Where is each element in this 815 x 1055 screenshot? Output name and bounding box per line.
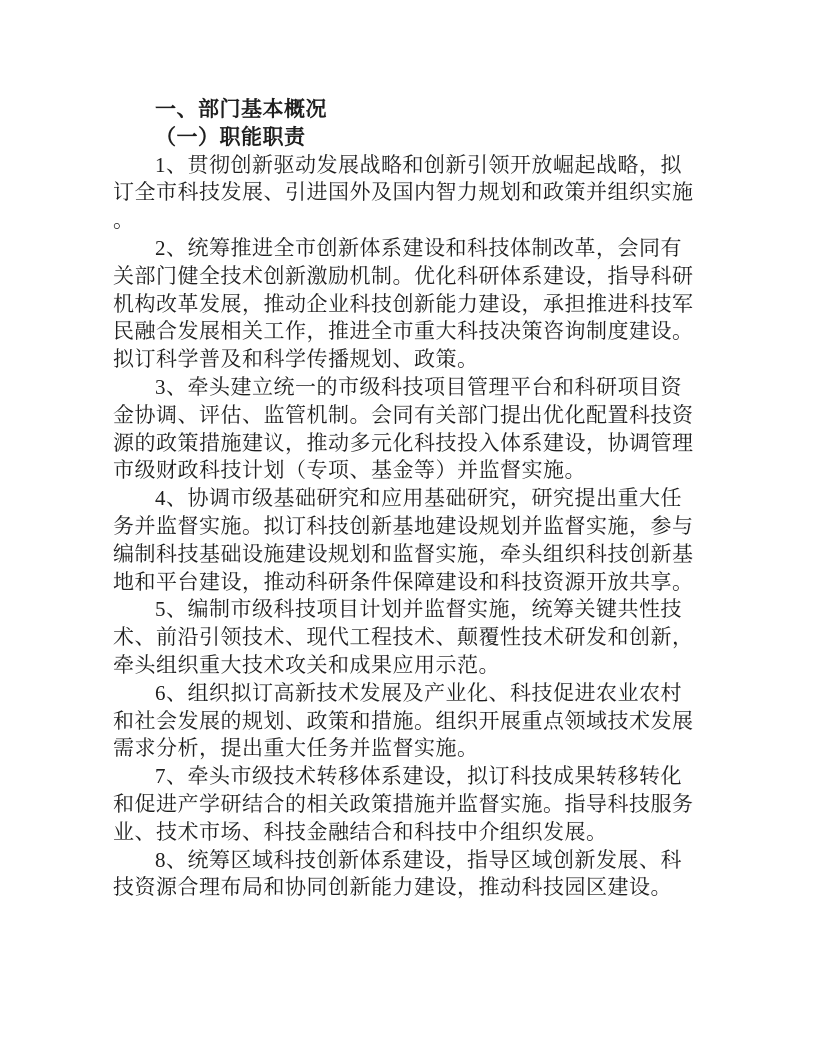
text-line: 4、协调市级基础研究和应用基础研究，研究提出重大任 bbox=[113, 485, 698, 513]
document-page: 一、部门基本概况 （一）职能职责 1、贯彻创新驱动发展战略和创新引领开放崛起战略… bbox=[0, 0, 815, 1055]
text-line: 务并监督实施。拟订科技创新基地建设规划并监督实施，参与 bbox=[113, 513, 698, 541]
text-line: 市级财政科技计划（专项、基金等）并监督实施。 bbox=[113, 457, 698, 485]
text-line: 需求分析，提出重大任务并监督实施。 bbox=[113, 735, 698, 763]
text-line: 8、统筹区域科技创新体系建设，指导区域创新发展、科 bbox=[113, 847, 698, 875]
paragraph-3: 3、牵头建立统一的市级科技项目管理平台和科研项目资金协调、评估、监管机制。会同有… bbox=[113, 374, 698, 485]
text-line: 技资源合理布局和协同创新能力建设，推动科技园区建设。 bbox=[113, 874, 698, 902]
text-line: 地和平台建设，推动科研条件保障建设和科技资源开放共享。 bbox=[113, 569, 698, 597]
document-content: 一、部门基本概况 （一）职能职责 1、贯彻创新驱动发展战略和创新引领开放崛起战略… bbox=[113, 96, 698, 902]
text-line: 源的政策措施建议，推动多元化科技投入体系建设，协调管理 bbox=[113, 430, 698, 458]
text-line: 7、牵头市级技术转移体系建设，拟订科技成果转移转化 bbox=[113, 763, 698, 791]
text-line: 机构改革发展，推动企业科技创新能力建设，承担推进科技军 bbox=[113, 291, 698, 319]
text-line: 术、前沿引领技术、现代工程技术、颠覆性技术研发和创新， bbox=[113, 624, 698, 652]
paragraphs-container: 1、贯彻创新驱动发展战略和创新引领开放崛起战略，拟订全市科技发展、引进国外及国内… bbox=[113, 152, 698, 903]
text-line: 2、统筹推进全市创新体系建设和科技体制改革，会同有 bbox=[113, 235, 698, 263]
paragraph-2: 2、统筹推进全市创新体系建设和科技体制改革，会同有关部门健全技术创新激励机制。优… bbox=[113, 235, 698, 374]
text-line: 。 bbox=[113, 207, 698, 235]
text-line: 拟订科学普及和科学传播规划、政策。 bbox=[113, 346, 698, 374]
paragraph-6: 6、组织拟订高新技术发展及产业化、科技促进农业农村和社会发展的规划、政策和措施。… bbox=[113, 680, 698, 763]
subsection-heading: （一）职能职责 bbox=[113, 124, 698, 152]
text-line: 和促进产学研结合的相关政策措施并监督实施。指导科技服务 bbox=[113, 791, 698, 819]
paragraph-5: 5、编制市级科技项目计划并监督实施，统筹关键共性技术、前沿引领技术、现代工程技术… bbox=[113, 596, 698, 679]
text-line: 关部门健全技术创新激励机制。优化科研体系建设，指导科研 bbox=[113, 263, 698, 291]
text-line: 1、贯彻创新驱动发展战略和创新引领开放崛起战略，拟 bbox=[113, 152, 698, 180]
paragraph-8: 8、统筹区域科技创新体系建设，指导区域创新发展、科技资源合理布局和协同创新能力建… bbox=[113, 847, 698, 903]
text-line: 金协调、评估、监管机制。会同有关部门提出优化配置科技资 bbox=[113, 402, 698, 430]
paragraph-1: 1、贯彻创新驱动发展战略和创新引领开放崛起战略，拟订全市科技发展、引进国外及国内… bbox=[113, 152, 698, 235]
text-line: 业、技术市场、科技金融结合和科技中介组织发展。 bbox=[113, 819, 698, 847]
text-line: 和社会发展的规划、政策和措施。组织开展重点领域技术发展 bbox=[113, 708, 698, 736]
text-line: 3、牵头建立统一的市级科技项目管理平台和科研项目资 bbox=[113, 374, 698, 402]
paragraph-4: 4、协调市级基础研究和应用基础研究，研究提出重大任务并监督实施。拟订科技创新基地… bbox=[113, 485, 698, 596]
text-line: 牵头组织重大技术攻关和成果应用示范。 bbox=[113, 652, 698, 680]
text-line: 6、组织拟订高新技术发展及产业化、科技促进农业农村 bbox=[113, 680, 698, 708]
text-line: 民融合发展相关工作，推进全市重大科技决策咨询制度建设。 bbox=[113, 318, 698, 346]
text-line: 编制科技基础设施建设规划和监督实施，牵头组织科技创新基 bbox=[113, 541, 698, 569]
text-line: 订全市科技发展、引进国外及国内智力规划和政策并组织实施 bbox=[113, 179, 698, 207]
section-heading: 一、部门基本概况 bbox=[113, 96, 698, 124]
paragraph-7: 7、牵头市级技术转移体系建设，拟订科技成果转移转化和促进产学研结合的相关政策措施… bbox=[113, 763, 698, 846]
text-line: 5、编制市级科技项目计划并监督实施，统筹关键共性技 bbox=[113, 596, 698, 624]
